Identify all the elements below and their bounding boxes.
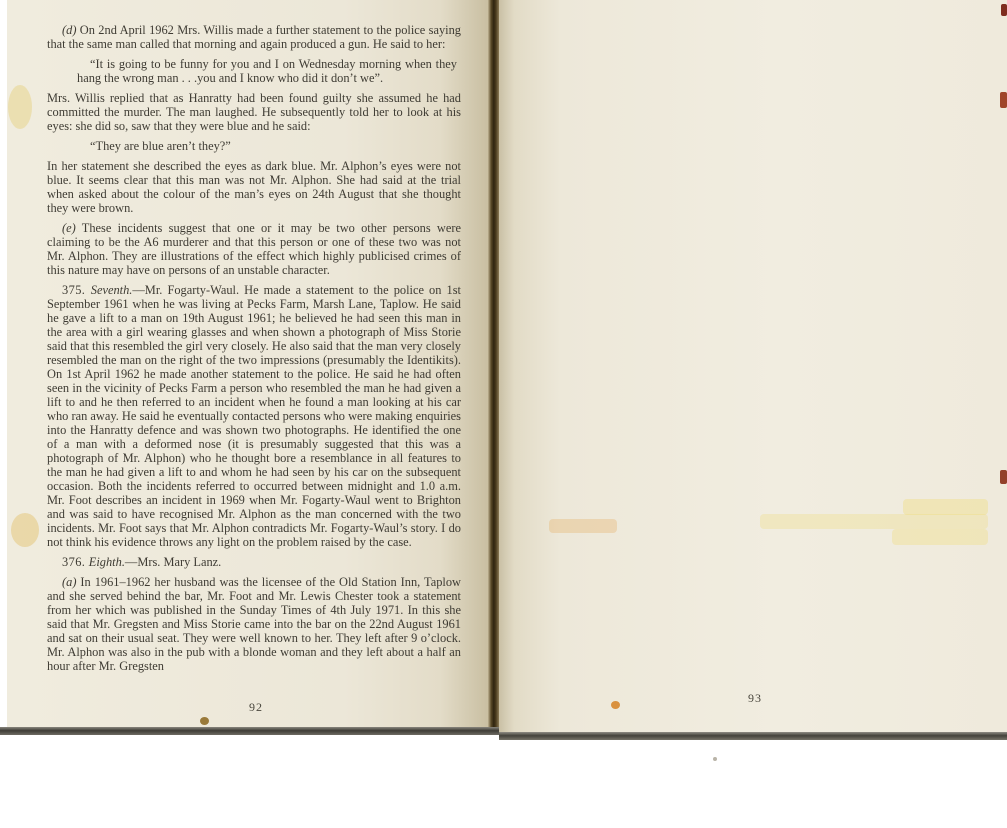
para-text: —Mr. Fogarty-Waul. He made a statement t… — [47, 283, 461, 549]
para-number: 376. — [62, 555, 89, 569]
page-speck — [611, 701, 620, 709]
highlight-stain — [760, 514, 988, 529]
para-text: Mrs. Willis replied that as Hanratty had… — [47, 91, 461, 133]
para-text: On 2nd April 1962 Mrs. Willis made a fur… — [47, 23, 461, 51]
para-text: In 1961–1962 her husband was the license… — [47, 575, 461, 673]
para-text: In her statement she described the eyes … — [47, 159, 461, 215]
paragraph: “They are blue aren’t they?” — [77, 139, 457, 153]
page-speck — [200, 717, 209, 725]
page-edge-mark — [1001, 4, 1007, 16]
page-edge-mark — [1000, 92, 1007, 108]
highlight-stain — [892, 529, 988, 545]
right-page-bottom-edge — [499, 732, 1007, 740]
right-page-number: 93 — [748, 691, 762, 706]
paragraph: 376. Eighth.—Mrs. Mary Lanz. — [47, 555, 461, 569]
left-page: (d) On 2nd April 1962 Mrs. Willis made a… — [7, 0, 488, 727]
paragraph: (d) On 2nd April 1962 Mrs. Willis made a… — [47, 23, 461, 51]
paragraph: (a) In 1961–1962 her husband was the lic… — [47, 575, 461, 673]
page-speck — [713, 757, 717, 761]
highlight-stain — [549, 519, 617, 533]
left-page-text: (d) On 2nd April 1962 Mrs. Willis made a… — [47, 23, 461, 679]
para-text: “They are blue aren’t they?” — [90, 139, 231, 153]
highlight-stain — [903, 499, 988, 515]
para-number: 375. — [62, 283, 91, 297]
para-lead: Eighth. — [89, 555, 125, 569]
para-lead: (d) — [62, 23, 76, 37]
left-page-bottom-edge — [0, 727, 499, 735]
right-page: and Miss Storie. Mr. Alphon had been the… — [499, 0, 1007, 732]
page-stain — [11, 513, 39, 547]
para-text: These incidents suggest that one or it m… — [47, 221, 461, 277]
para-text: “It is going to be funny for you and I o… — [77, 57, 457, 85]
para-lead: (e) — [62, 221, 76, 235]
book-spine — [488, 0, 499, 734]
paragraph: (e) These incidents suggest that one or … — [47, 221, 461, 277]
page-edge-mark — [1000, 470, 1007, 484]
paragraph: 375. Seventh.—Mr. Fogarty-Waul. He made … — [47, 283, 461, 549]
paragraph: “It is going to be funny for you and I o… — [77, 57, 457, 85]
book-scan: (d) On 2nd April 1962 Mrs. Willis made a… — [0, 0, 1007, 828]
para-text: —Mrs. Mary Lanz. — [125, 555, 221, 569]
left-page-number: 92 — [249, 700, 263, 715]
paragraph: Mrs. Willis replied that as Hanratty had… — [47, 91, 461, 133]
para-lead: (a) — [62, 575, 76, 589]
page-stain — [8, 85, 32, 129]
paragraph: In her statement she described the eyes … — [47, 159, 461, 215]
para-lead: Seventh. — [91, 283, 133, 297]
